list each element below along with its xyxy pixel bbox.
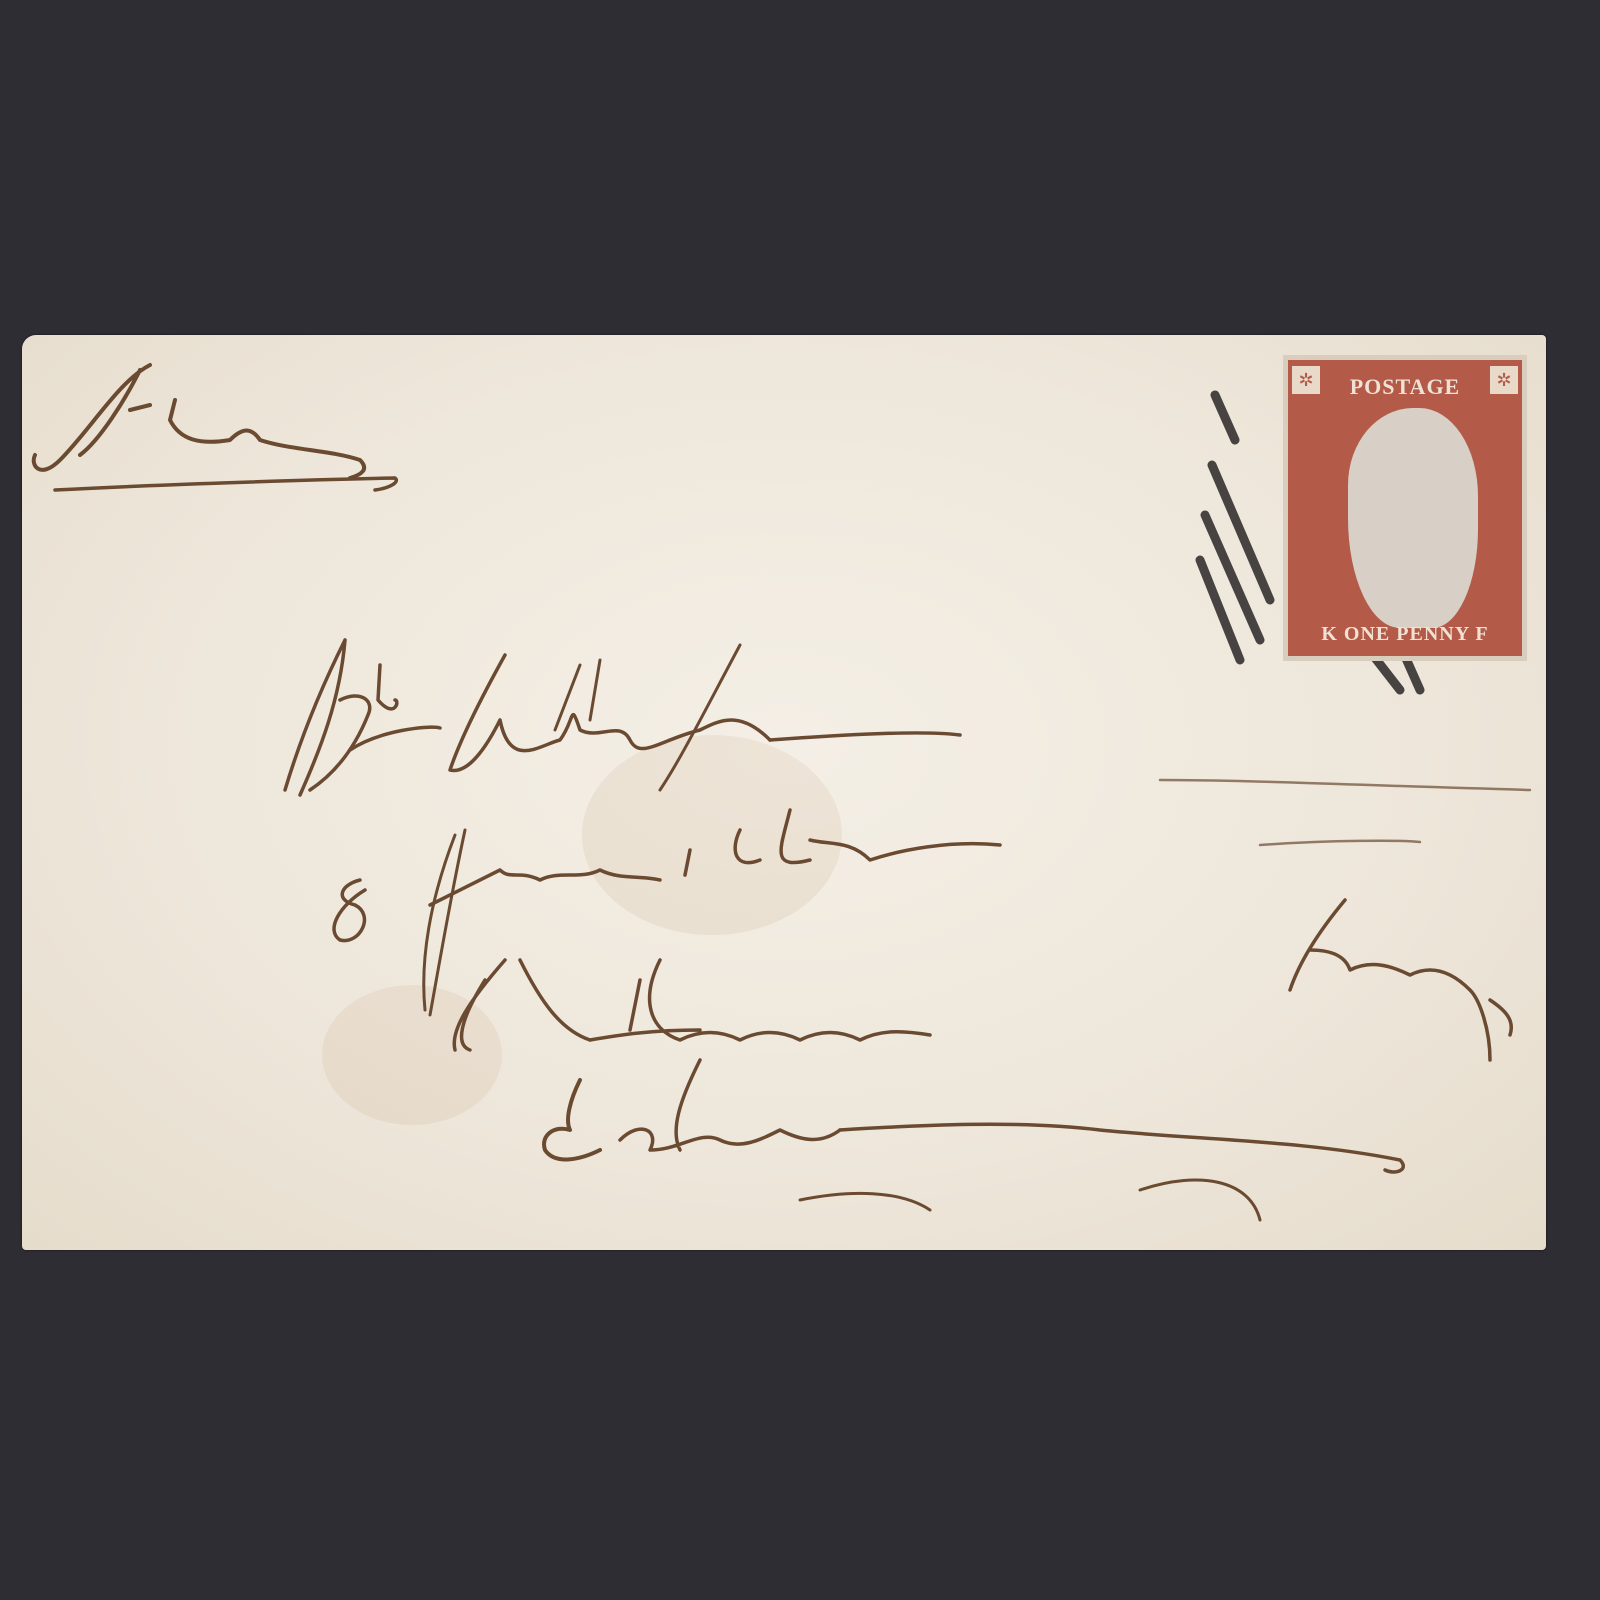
stamp-right-letter: F [1475, 623, 1488, 645]
postage-stamp: ✲ ✲ POSTAGE K ONE PENNY F [1280, 352, 1530, 664]
stamp-bottom-text: K ONE PENNY F [1288, 623, 1522, 646]
queen-profile-icon [1348, 408, 1478, 628]
stamp-left-letter: K [1321, 623, 1338, 645]
stamp-value: ONE PENNY [1344, 623, 1469, 645]
stamp-top-text: POSTAGE [1288, 374, 1522, 400]
stamp-body: ✲ ✲ POSTAGE K ONE PENNY F [1288, 360, 1522, 656]
handwriting [0, 0, 1600, 1600]
